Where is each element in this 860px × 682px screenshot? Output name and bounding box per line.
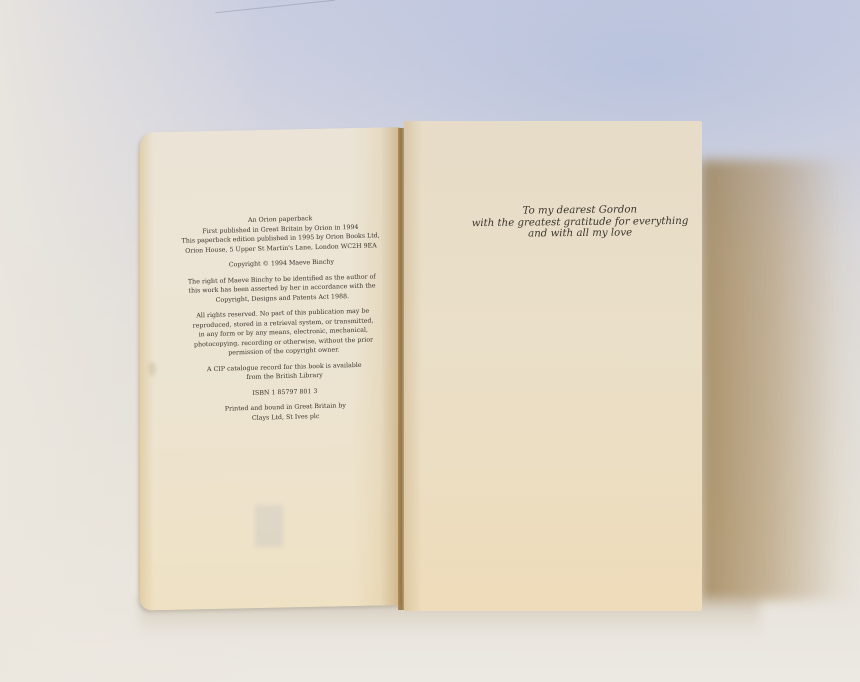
cip-record-paragraph: A CIP catalogue record for this book is … bbox=[179, 360, 389, 385]
isbn-line: ISBN 1 85797 801 3 bbox=[180, 385, 390, 400]
copyright-notice: Copyright © 1994 Maeve Binchy bbox=[176, 256, 386, 271]
dedication-text: To my dearest Gordon with the greatest g… bbox=[470, 204, 690, 241]
text-line: Copyright © 1994 Maeve Binchy bbox=[176, 256, 386, 271]
right-page-dedication bbox=[404, 121, 702, 611]
copyright-text-block: An Orion paperback First published in Gr… bbox=[175, 212, 391, 431]
book-cast-shadow bbox=[700, 160, 860, 600]
rights-reserved-paragraph: All rights reserved. No part of this pub… bbox=[178, 306, 389, 359]
dedication-line: and with all my love bbox=[470, 227, 690, 241]
page-edge-blemish bbox=[148, 362, 156, 376]
printer-paragraph: Printed and bound in Great Britain by Cl… bbox=[180, 400, 390, 425]
publisher-paragraph: An Orion paperback First published in Gr… bbox=[175, 212, 386, 256]
text-line: ISBN 1 85797 801 3 bbox=[180, 385, 390, 400]
moral-rights-paragraph: The right of Maeve Binchy to be identifi… bbox=[177, 272, 388, 306]
faint-printer-mark bbox=[255, 505, 283, 547]
